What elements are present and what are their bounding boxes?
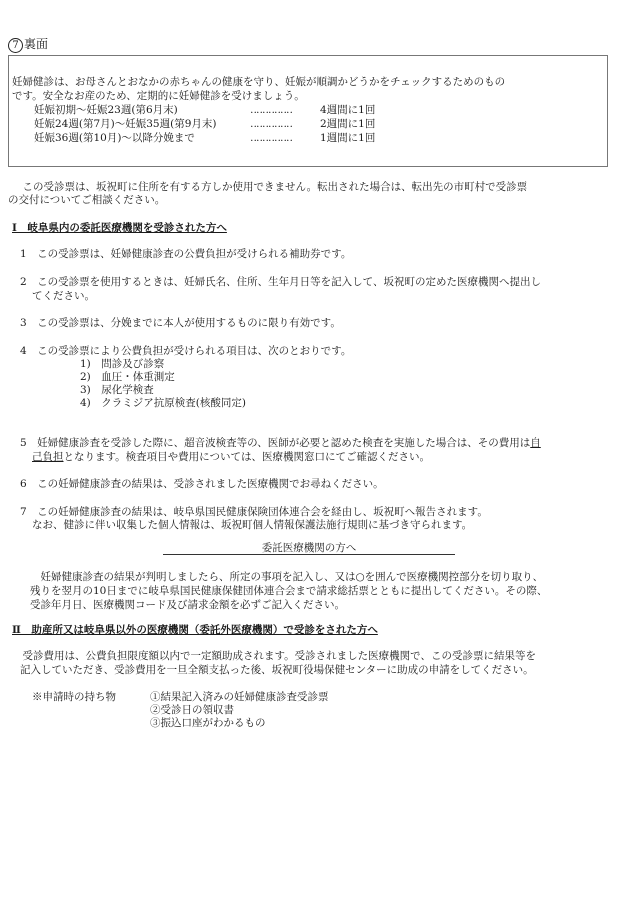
schedule-period: 妊娠36週(第10月)～以降分娩まで — [34, 132, 195, 144]
schedule-frequency: 1週間に1回 — [320, 131, 375, 145]
schedule-period: 妊娠初期～妊娠23週(第6月末) — [34, 104, 178, 116]
sub-item: 4) クラミジア抗原検査(核酸同定) — [80, 396, 246, 410]
schedule-dots: ‥‥‥‥‥‥‥ — [250, 117, 292, 131]
section1-item-3: 3 この受診票は、分娩までに本人が使用するものに限り有効です。 — [20, 316, 341, 330]
schedule-dots: ‥‥‥‥‥‥‥ — [250, 103, 292, 117]
schedule-row: 妊娠24週(第7月)～妊娠35週(第9月末) — [34, 117, 216, 131]
institution-line2: 残りを翌月の10日までに岐阜県国民健康保健団体連合会まで請求総括票とともに提出し… — [30, 584, 547, 598]
application-items-label: ※申請時の持ち物 — [32, 690, 116, 704]
page-side-label: 裏面 — [24, 37, 48, 51]
schedule-row: 妊娠初期～妊娠23週(第6月末) — [34, 103, 178, 117]
self-pay-emphasis: 自 — [530, 437, 541, 449]
section1-item-5: 5 妊婦健康診査を受診した際に、超音波検査等の、医師が必要と認めた検査を実施した… — [20, 436, 541, 450]
notice-line1: この受診票は、坂祝町に住所を有する方しか使用できません。転出された場合は、転出先… — [12, 180, 527, 194]
info-intro-line2: です。安全なお産のため、定期的に妊婦健診を受けましょう。 — [12, 89, 305, 103]
schedule-frequency: 2週間に1回 — [320, 117, 375, 131]
info-intro-line1: 妊婦健診は、お母さんとおなかの赤ちゃんの健康を守り、妊娠が順調かどうかをチェック… — [12, 75, 505, 89]
sub-item: 3) 尿化学検査 — [80, 383, 154, 397]
schedule-frequency: 4週間に1回 — [320, 103, 375, 117]
section1-item-1: 1 この受診票は、妊婦健康診査の公費負担が受けられる補助券です。 — [20, 247, 351, 261]
application-item: ①結果記入済みの妊婦健康診査受診票 — [150, 690, 329, 704]
item5-text: となります。検査項目や費用については、医療機関窓口にてご確認ください。 — [64, 451, 430, 463]
section2-line2: 記入していただき、受診費用を一旦全額支払った後、坂祝町役場保健センターに助成の申… — [20, 663, 534, 677]
institution-line1: 妊婦健康診査の結果が判明しましたら、所定の事項を記入し、又は○を囲んで医療機関控… — [30, 570, 543, 584]
section1-heading: Ⅰ 岐阜県内の委託医療機関を受診された方へ — [12, 221, 227, 235]
section1-item-4: 4 この受診票により公費負担が受けられる項目は、次のとおりです。 — [20, 344, 351, 358]
notice-line2: の交付についてご相談ください。 — [8, 193, 165, 207]
institution-line3: 受診年月日、医療機関コード及び請求金額を必ずご記入ください。 — [30, 598, 345, 612]
institution-heading: 委託医療機関の方へ — [163, 541, 455, 555]
item5-text: 5 妊婦健康診査を受診した際に、超音波検査等の、医師が必要と認めた検査を実施した… — [20, 437, 530, 449]
sub-item: 2) 血圧・体重測定 — [80, 370, 175, 384]
section1-item-2-cont: てください。 — [32, 289, 95, 303]
section1-item-7: 7 この妊婦健康診査の結果は、岐阜県国民健康保険団体連合会を経由し、坂祝町へ報告… — [20, 505, 488, 519]
schedule-dots: ‥‥‥‥‥‥‥ — [250, 131, 292, 145]
schedule-row: 妊娠36週(第10月)～以降分娩まで — [34, 131, 195, 145]
circled-number: 7 — [8, 38, 23, 53]
schedule-period: 妊娠24週(第7月)～妊娠35週(第9月末) — [34, 118, 216, 130]
page-label: 7裏面 — [8, 37, 48, 53]
sub-item: 1) 問診及び診察 — [80, 357, 164, 371]
self-pay-emphasis: 己負担 — [32, 451, 64, 463]
section1-item-5-cont: 己負担となります。検査項目や費用については、医療機関窓口にてご確認ください。 — [32, 450, 430, 464]
application-item: ③振込口座がわかるもの — [150, 716, 266, 730]
application-item: ②受診日の領収書 — [150, 703, 234, 717]
section1-item-7-cont: なお、健診に伴い収集した個人情報は、坂祝町個人情報保護法施行規則に基づき守られま… — [32, 518, 472, 532]
section1-item-2: 2 この受診票を使用するときは、妊婦氏名、住所、生年月日等を記入して、坂祝町の定… — [20, 275, 541, 289]
section2-heading: Ⅱ 助産所又は岐阜県以外の医療機関（委託外医療機関）で受診をされた方へ — [12, 623, 378, 637]
section1-item-6: 6 この妊婦健康診査の結果は、受診されました医療機関でお尋ねください。 — [20, 477, 384, 491]
section2-line1: 受診費用は、公費負担限度額以内で一定額助成されます。受診されました医療機関で、こ… — [12, 649, 536, 663]
